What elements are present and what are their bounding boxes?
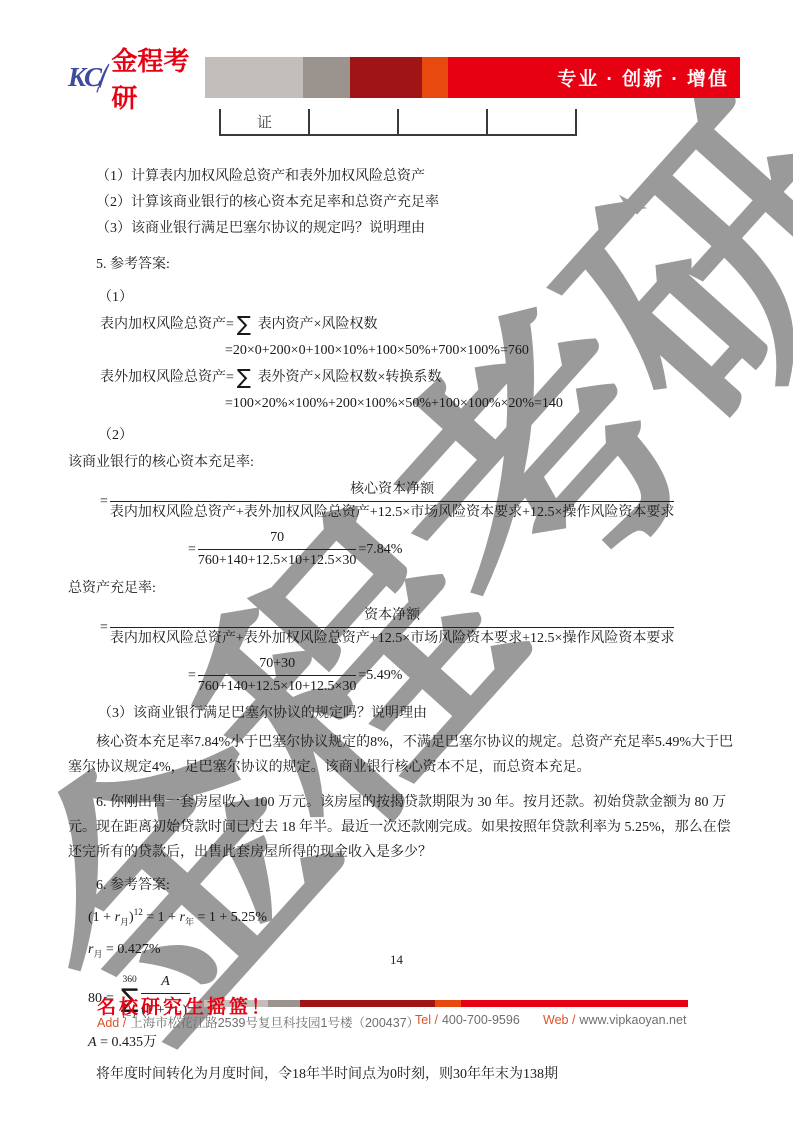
question5-item-1: （1）计算表内加权风险总资产和表外加权风险总资产 [68, 164, 740, 190]
question5-item-3: （3）该商业银行满足巴塞尔协议的规定吗？说明理由 [68, 216, 740, 242]
header-slogan: 专业 · 创新 · 增值 [557, 64, 740, 91]
page-number: 14 [0, 952, 793, 968]
answer6-label: 6. 参考答案: [68, 873, 740, 899]
formula-on-balance: 表内加权风险总资产=∑ 表内资产×风险权数 [68, 310, 740, 339]
core-ratio-definition: = 核心资本净额 表内加权风险总资产+表外加权风险总资产+12.5×市场风险资本… [68, 480, 740, 523]
bar-segment-gray [303, 57, 350, 98]
sigma-symbol: ∑ [237, 365, 251, 389]
fraction-numerator: 资本净额 [110, 606, 674, 628]
fraction-numerator: 核心资本净额 [110, 480, 674, 502]
math-text: = 0.435万 [97, 1035, 157, 1050]
sigma-symbol: ∑ [237, 312, 251, 336]
math-text: = 1 + 5.25% [194, 910, 267, 925]
result-value: =7.84% [358, 538, 402, 561]
core-ratio-value: = 70 760+140+12.5×10+12.5×30 =7.84% [68, 528, 740, 571]
part2-label: （2） [68, 424, 740, 448]
formula-lhs: 表外加权风险总资产 [100, 370, 226, 385]
table-cell [308, 109, 397, 134]
conclusion-paragraph: 核心资本充足率7.84%小于巴塞尔协议规定的8%，不满足巴塞尔协议的规定。总资产… [68, 730, 740, 780]
answer5-label: 5. 参考答案: [68, 252, 740, 278]
q6-note: 将年度时间转化为月度时间，令18年半时间点为0时刻，则30年年末为138期 [68, 1062, 740, 1087]
equals-sign: = [100, 616, 108, 639]
fraction-denominator: 表内加权风险总资产+表外加权风险总资产+12.5×市场风险资本要求+12.5×操… [110, 628, 674, 649]
result-value: =5.49% [358, 664, 402, 687]
total-ratio-label: 总资产充足率: [68, 576, 740, 601]
footer-telephone: Tel /400-700-9596 [415, 1013, 520, 1027]
table-cell [486, 109, 577, 134]
fraction-numerator: 70 [198, 528, 356, 550]
variable-A: A [88, 1035, 97, 1050]
equals-sign: = [100, 490, 108, 513]
bar-segment-red [461, 1000, 688, 1007]
subscript-month: 月 [120, 917, 129, 927]
bar-segment-darkred [350, 57, 422, 98]
tel-value: 400-700-9596 [442, 1013, 520, 1027]
subscript-year: 年 [185, 917, 194, 927]
fraction-denominator: 表内加权风险总资产+表外加权风险总资产+12.5×市场风险资本要求+12.5×操… [110, 502, 674, 523]
exponent-12: 12 [134, 907, 143, 917]
total-ratio-definition: = 资本净额 表内加权风险总资产+表外加权风险总资产+12.5×市场风险资本要求… [68, 606, 740, 649]
math-text: (1 + [88, 910, 115, 925]
footer-color-bar [204, 1000, 688, 1007]
brand-logo: KC 金程考研 [68, 57, 205, 98]
tel-label: Tel / [415, 1013, 438, 1027]
bar-segment-orange [422, 57, 448, 98]
equals-sign: = [226, 317, 234, 332]
part1-label: （1） [68, 286, 740, 310]
table-fragment: 证 [219, 109, 577, 136]
math-text: = 1 + [143, 910, 180, 925]
formula-on-balance-values: =20×0+200×0+100×10%+100×50%+700×100%=760 [68, 339, 740, 363]
formula-off-balance-values: =100×20%×100%+200×100%×50%+100×100%×20%=… [68, 392, 740, 416]
core-ratio-label: 该商业银行的核心资本充足率: [68, 450, 740, 475]
fraction-denominator: 760+140+12.5×10+12.5×30 [198, 550, 356, 571]
document-body: （1）计算表内加权风险总资产和表外加权风险总资产 （2）计算该商业银行的核心资本… [68, 164, 740, 1087]
fraction: 70 760+140+12.5×10+12.5×30 [198, 528, 356, 571]
fraction: 资本净额 表内加权风险总资产+表外加权风险总资产+12.5×市场风险资本要求+1… [110, 606, 674, 649]
fraction-denominator: 760+140+12.5×10+12.5×30 [198, 676, 356, 697]
bar-segment-orange [435, 1000, 461, 1007]
fraction: 核心资本净额 表内加权风险总资产+表外加权风险总资产+12.5×市场风险资本要求… [110, 480, 674, 523]
header-color-bar: 专业 · 创新 · 增值 [205, 57, 740, 98]
equals-sign: = [188, 664, 196, 687]
total-ratio-value: = 70+30 760+140+12.5×10+12.5×30 =5.49% [68, 654, 740, 697]
formula-rhs: 表内资产×风险权数 [254, 317, 377, 332]
document-page: 金程考研 KC 金程考研 专业 · 创新 · 增值 证 （1）计算表内 [0, 0, 793, 1122]
footer-website[interactable]: Web /www.vipkaoyan.net [543, 1013, 686, 1027]
q6-formula-4: A = 0.435万 [68, 1029, 740, 1056]
quill-icon [96, 61, 110, 95]
fraction-numerator: A [141, 972, 189, 994]
bar-segment-red: 专业 · 创新 · 增值 [448, 57, 740, 98]
question5-item-2: （2）计算该商业银行的核心资本充足率和总资产充足率 [68, 190, 740, 216]
formula-lhs: 表内加权风险总资产 [100, 317, 226, 332]
formula-off-balance: 表外加权风险总资产=∑ 表外资产×风险权数×转换系数 [68, 363, 740, 392]
header: KC 金程考研 专业 · 创新 · 增值 [68, 57, 740, 98]
equals-sign: = [188, 538, 196, 561]
q6-formula-1: (1 + r月)12 = 1 + r年 = 1 + 5.25% [68, 899, 740, 936]
web-label: Web / [543, 1013, 575, 1027]
web-value: www.vipkaoyan.net [579, 1013, 686, 1027]
part3-label: （3）该商业银行满足巴塞尔协议的规定吗？说明理由 [68, 702, 740, 726]
equals-sign: = [226, 370, 234, 385]
formula-rhs: 表外资产×风险权数×转换系数 [254, 370, 441, 385]
table-cell [397, 109, 486, 134]
table-cell: 证 [219, 109, 308, 134]
bar-segment-lightgray [205, 57, 303, 98]
footer-slogan: 名校研究生摇篮！ [97, 992, 273, 1019]
fraction: 70+30 760+140+12.5×10+12.5×30 [198, 654, 356, 697]
fraction-numerator: 70+30 [198, 654, 356, 676]
question6-text: 6. 你刚出售一套房屋收入 100 万元。该房屋的按揭贷款期限为 30 年。按月… [68, 790, 740, 865]
bar-segment-darkred [300, 1000, 435, 1007]
logo-brand-name: 金程考研 [111, 41, 205, 115]
